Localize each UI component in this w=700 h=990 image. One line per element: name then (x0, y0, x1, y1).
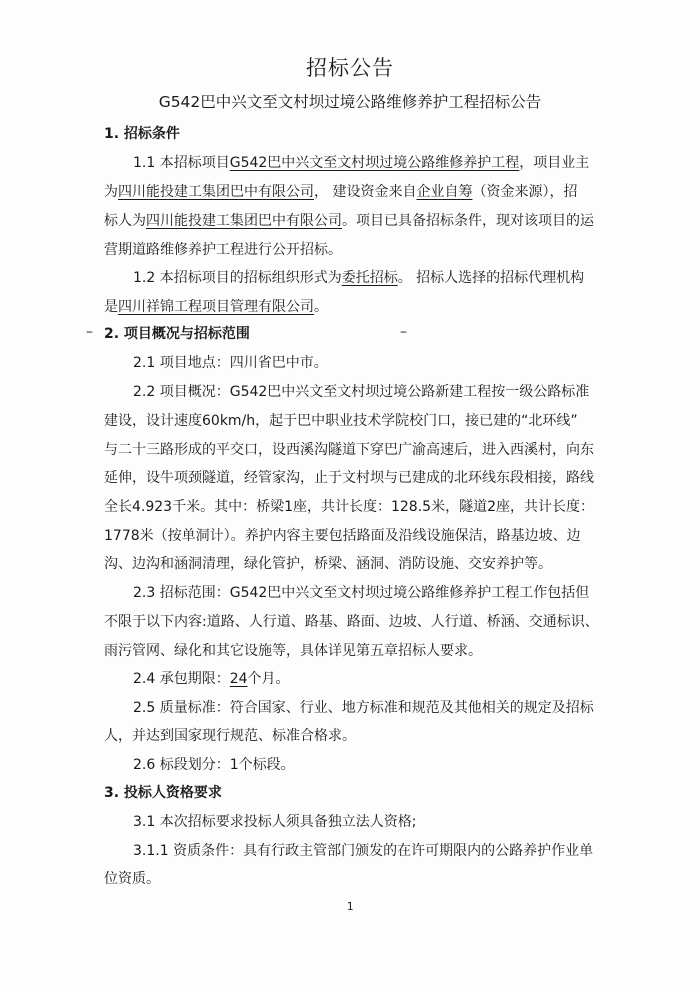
paragraph-1-2-line-1: 1.2 本招标项目的招标组织形式为委托招标。 招标人选择的招标代理机构 (133, 268, 584, 288)
section-2-heading: 2. 项目概况与招标范围 (104, 324, 250, 344)
stray-dash-mark: – (86, 324, 93, 340)
text: 1.1 本招标项目 (133, 155, 230, 171)
document-title: 招标公告 (0, 52, 700, 82)
paragraph-2-2-line: 1778米（按单洞计）。养护内容主要包括路面及沿线设施保洁，路基边坡、边 (104, 526, 581, 546)
stray-dash-mark: – (400, 324, 407, 340)
paragraph-3-1-1-line: 位资质。 (104, 869, 160, 889)
contract-months: 24 (230, 671, 248, 687)
paragraph-2-4: 2.4 承包期限：24个月。 (133, 669, 290, 689)
tender-agent: 四川祥锦工程项目管理有限公司 (118, 299, 314, 315)
project-owner: 四川能投建工集团巴中有限公司 (118, 184, 314, 200)
paragraph-2-2-line: 建设，设计速度60km/h，起于巴中职业技术学院校门口，接已建的“北环线” (104, 411, 578, 431)
paragraph-2-2-line: 2.2 项目概况：G542巴中兴文至文村坝过境公路新建工程按一级公路标准 (133, 382, 589, 402)
section-1-heading: 1. 招标条件 (104, 124, 180, 144)
text: 。项目已具备招标条件，现对该项目的运 (342, 213, 594, 229)
paragraph-1-1-line-1: 1.1 本招标项目G542巴中兴文至文村坝过境公路维修养护工程，项目业主 (133, 153, 589, 173)
paragraph-2-3-line: 雨污管网、绿化和其它设施等，具体详见第五章招标人要求。 (104, 641, 482, 661)
paragraph-2-1: 2.1 项目地点：四川省巴中市。 (133, 353, 328, 373)
paragraph-3-1-1-line: 3.1.1 资质条件：具有行政主管部门颁发的在许可期限内的公路养护作业单 (133, 841, 593, 861)
paragraph-1-1-line-3: 标人为四川能投建工集团巴中有限公司。项目已具备招标条件，现对该项目的运 (104, 211, 594, 231)
paragraph-3-1: 3.1 本次招标要求投标人须具备独立法人资格; (133, 812, 416, 832)
project-name: G542巴中兴文至文村坝过境公路维修养护工程 (230, 155, 520, 171)
tender-form: 委托招标 (342, 270, 398, 286)
document-page: 招标公告 G542巴中兴文至文村坝过境公路维修养护工程招标公告 1. 招标条件 … (0, 0, 700, 990)
text: 个月。 (248, 671, 290, 687)
document-subtitle: G542巴中兴文至文村坝过境公路维修养护工程招标公告 (0, 90, 700, 112)
paragraph-2-6: 2.6 标段划分：1个标段。 (133, 755, 295, 775)
text: 。 招标人选择的招标代理机构 (398, 270, 584, 286)
text: （资金来源），招 (472, 184, 577, 200)
text: ， 建设资金来自 (314, 184, 416, 200)
paragraph-2-2-line: 全长4.923千米。其中：桥梁1座，共计长度：128.5米，隧道2座，共计长度： (104, 497, 594, 517)
paragraph-2-2-line: 延伸，设牛项颈隧道，经管家沟，止于文村坝与已建成的北环线东段相接，路线 (104, 468, 594, 488)
section-3-heading: 3. 投标人资格要求 (104, 783, 222, 803)
paragraph-1-1-line-4: 营期道路维修养护工程进行公开招标。 (104, 240, 342, 260)
text: 2.4 承包期限： (133, 671, 230, 687)
tenderer: 四川能投建工集团巴中有限公司 (146, 213, 342, 229)
paragraph-1-2-line-2: 是四川祥锦工程项目管理有限公司。 (104, 297, 328, 317)
text: 是 (104, 299, 118, 315)
text: ，项目业主 (519, 155, 589, 171)
paragraph-2-3-line: 2.3 招标范围：G542巴中兴文至文村坝过境公路维修养护工程工作包括但 (133, 583, 589, 603)
fund-source: 企业自筹 (416, 184, 472, 200)
text: 为 (104, 184, 118, 200)
paragraph-2-5-line: 人，并达到国家现行规范、标准合格求。 (104, 726, 356, 746)
text: 。 (314, 299, 328, 315)
paragraph-2-2-line: 沟、边沟和涵洞清理，绿化管护，桥梁、涵洞、消防设施、交安养护等。 (104, 554, 552, 574)
paragraph-2-2-line: 与二十三路形成的平交口，设西溪沟隧道下穿巴广渝高速后，进入西溪村，向东 (104, 440, 594, 460)
text: 1.2 本招标项目的招标组织形式为 (133, 270, 342, 286)
page-number: 1 (0, 900, 700, 913)
paragraph-1-1-line-2: 为四川能投建工集团巴中有限公司， 建设资金来自企业自筹（资金来源），招 (104, 182, 577, 202)
paragraph-2-3-line: 不限于以下内容:道路、人行道、路基、路面、边坡、人行道、桥涵、交通标识、 (104, 612, 599, 632)
text: 标人为 (104, 213, 146, 229)
paragraph-2-5-line: 2.5 质量标准：符合国家、行业、地方标准和规范及其他相关的规定及招标 (133, 698, 594, 718)
